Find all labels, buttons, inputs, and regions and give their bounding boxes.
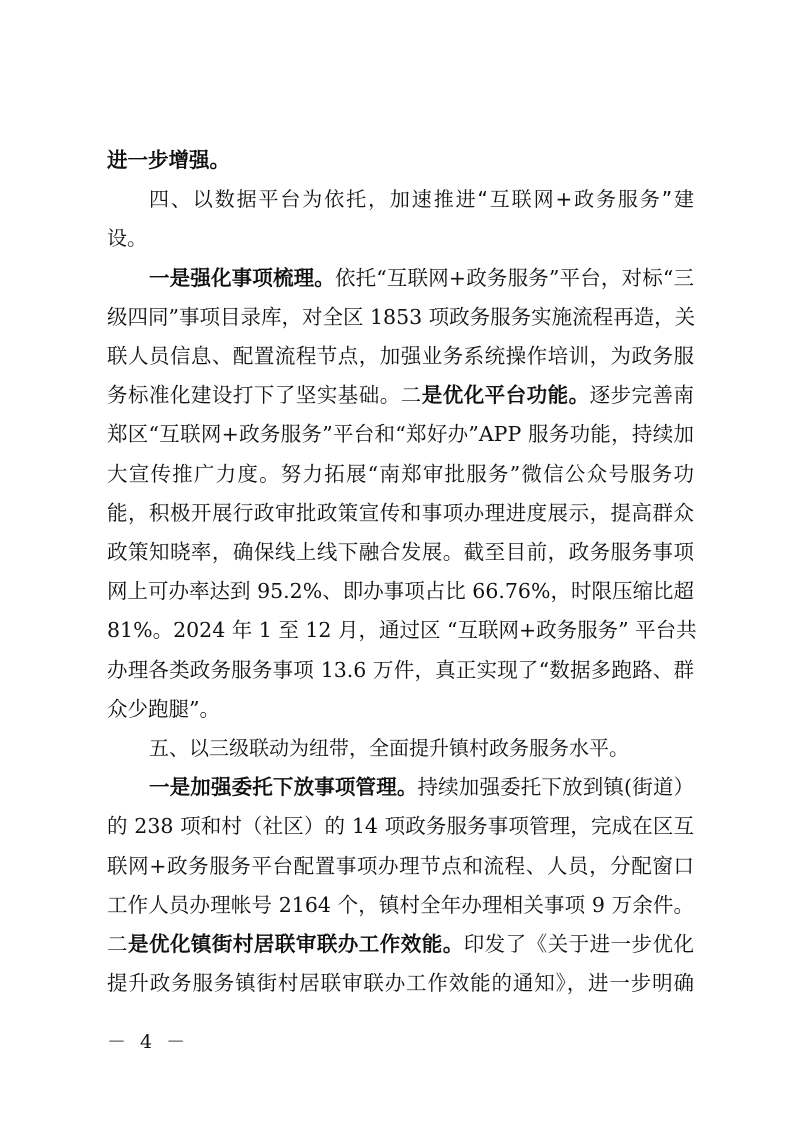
paragraph-line: 的 238 项和村（社区）的 14 项政务服务事项管理，完成在区互 [107, 807, 694, 846]
paragraph-line: 工作人员办理帐号 2164 个，镇村全年办理相关事项 9 万余件。 [107, 886, 694, 925]
bold-lead-phrase: 一是加强委托下放事项管理。 [149, 775, 418, 799]
paragraph-line: 联人员信息、配置流程节点，加强业务系统操作培训，为政务服 [107, 337, 694, 376]
paragraph-line: 能，积极开展行政审批政策宣传和事项办理进度展示，提高群众 [107, 494, 694, 533]
paragraph-line: 网上可办率达到 95.2%、即办事项占比 66.76%，时限压缩比超 [107, 572, 694, 611]
paragraph-line: 务标准化建设打下了坚实基础。二是优化平台功能。逐步完善南 [107, 376, 694, 415]
text-segment: 印发了《关于进一步优化 [464, 932, 694, 956]
paragraph-line: 郑区“互联网+政务服务”平台和“郑好办”APP 服务功能，持续加 [107, 415, 694, 454]
text-segment: 级四同”事项目录库，对全区 1853 项政务服务实施流程再造，关 [107, 305, 695, 329]
page-number: － 4 － [107, 1030, 189, 1054]
document-page: 进一步增强。四、以数据平台为依托，加速推进“互联网+政务服务”建设。一是强化事项… [0, 0, 792, 1121]
text-segment: 81%。2024 年 1 至 12 月，通过区 “互联网+政务服务” 平台共 [107, 618, 697, 642]
section-heading-line: 设。 [107, 219, 694, 258]
text-segment: 持续加强委托下放到镇(街道） [418, 775, 695, 799]
bold-lead-phrase: 进一步增强。 [107, 148, 230, 172]
text-segment: 四、以数据平台为依托，加速推进“互联网+政务服务”建 [149, 187, 694, 211]
text-segment: 办理各类政务服务事项 13.6 万件，真正实现了“数据多跑路、群 [107, 658, 694, 682]
paragraph-line: 提升政务服务镇街村居联审联办工作效能的通知》，进一步明确 [107, 964, 694, 1003]
paragraph-line: 一是强化事项梳理。依托“互联网+政务服务”平台，对标“三 [149, 259, 694, 298]
text-segment: 政策知晓率，确保线上线下融合发展。截至目前，政务服务事项 [107, 540, 694, 564]
section-heading-line: 四、以数据平台为依托，加速推进“互联网+政务服务”建 [149, 180, 694, 219]
paragraph-line: 政策知晓率，确保线上线下融合发展。截至目前，政务服务事项 [107, 533, 694, 572]
paragraph-line: 进一步增强。 [107, 141, 694, 180]
paragraph-line: 二是优化镇街村居联审联办工作效能。印发了《关于进一步优化 [107, 925, 694, 964]
paragraph-line: 大宣传推广力度。努力拓展“南郑审批服务”微信公众号服务功 [107, 455, 694, 494]
bold-lead-phrase: 是优化镇街村居联审联办工作效能。 [128, 932, 464, 956]
bold-lead-phrase: 一是强化事项梳理。 [149, 266, 335, 290]
text-segment: 设。 [107, 226, 147, 250]
paragraph-line: 级四同”事项目录库，对全区 1853 项政务服务实施流程再造，关 [107, 298, 694, 337]
paragraph-line: 办理各类政务服务事项 13.6 万件，真正实现了“数据多跑路、群 [107, 651, 694, 690]
paragraph-line: 81%。2024 年 1 至 12 月，通过区 “互联网+政务服务” 平台共 [107, 611, 694, 650]
text-segment: 众少跑腿”。 [107, 697, 220, 721]
text-segment: 依托“互联网+政务服务”平台，对标“三 [335, 266, 694, 290]
text-segment: 大宣传推广力度。努力拓展“南郑审批服务”微信公众号服务功 [107, 462, 694, 486]
text-segment: 二 [107, 932, 128, 956]
text-segment: 五、以三级联动为纽带，全面提升镇村政务服务水平。 [149, 736, 629, 760]
text-segment: 郑区“互联网+政务服务”平台和“郑好办”APP 服务功能，持续加 [107, 422, 694, 446]
text-segment: 联网+政务服务平台配置事项办理节点和流程、人员，分配窗口 [107, 854, 694, 878]
paragraph-line: 联网+政务服务平台配置事项办理节点和流程、人员，分配窗口 [107, 847, 694, 886]
text-segment: 联人员信息、配置流程节点，加强业务系统操作培训，为政务服 [107, 344, 694, 368]
paragraph-line: 一是加强委托下放事项管理。持续加强委托下放到镇(街道） [149, 768, 694, 807]
text-segment: 工作人员办理帐号 2164 个，镇村全年办理相关事项 9 万余件。 [107, 893, 694, 917]
text-segment: 逐步完善南 [590, 383, 694, 407]
paragraph-line: 众少跑腿”。 [107, 690, 694, 729]
text-segment: 务标准化建设打下了坚实基础。二 [107, 383, 422, 407]
text-segment: 网上可办率达到 95.2%、即办事项占比 66.76%，时限压缩比超 [107, 579, 694, 603]
bold-lead-phrase: 是优化平台功能。 [422, 383, 590, 407]
text-segment: 提升政务服务镇街村居联审联办工作效能的通知》，进一步明确 [107, 971, 694, 995]
text-segment: 能，积极开展行政审批政策宣传和事项办理进度展示，提高群众 [107, 501, 694, 525]
section-heading-line: 五、以三级联动为纽带，全面提升镇村政务服务水平。 [149, 729, 694, 768]
text-segment: 的 238 项和村（社区）的 14 项政务服务事项管理，完成在区互 [107, 814, 694, 838]
